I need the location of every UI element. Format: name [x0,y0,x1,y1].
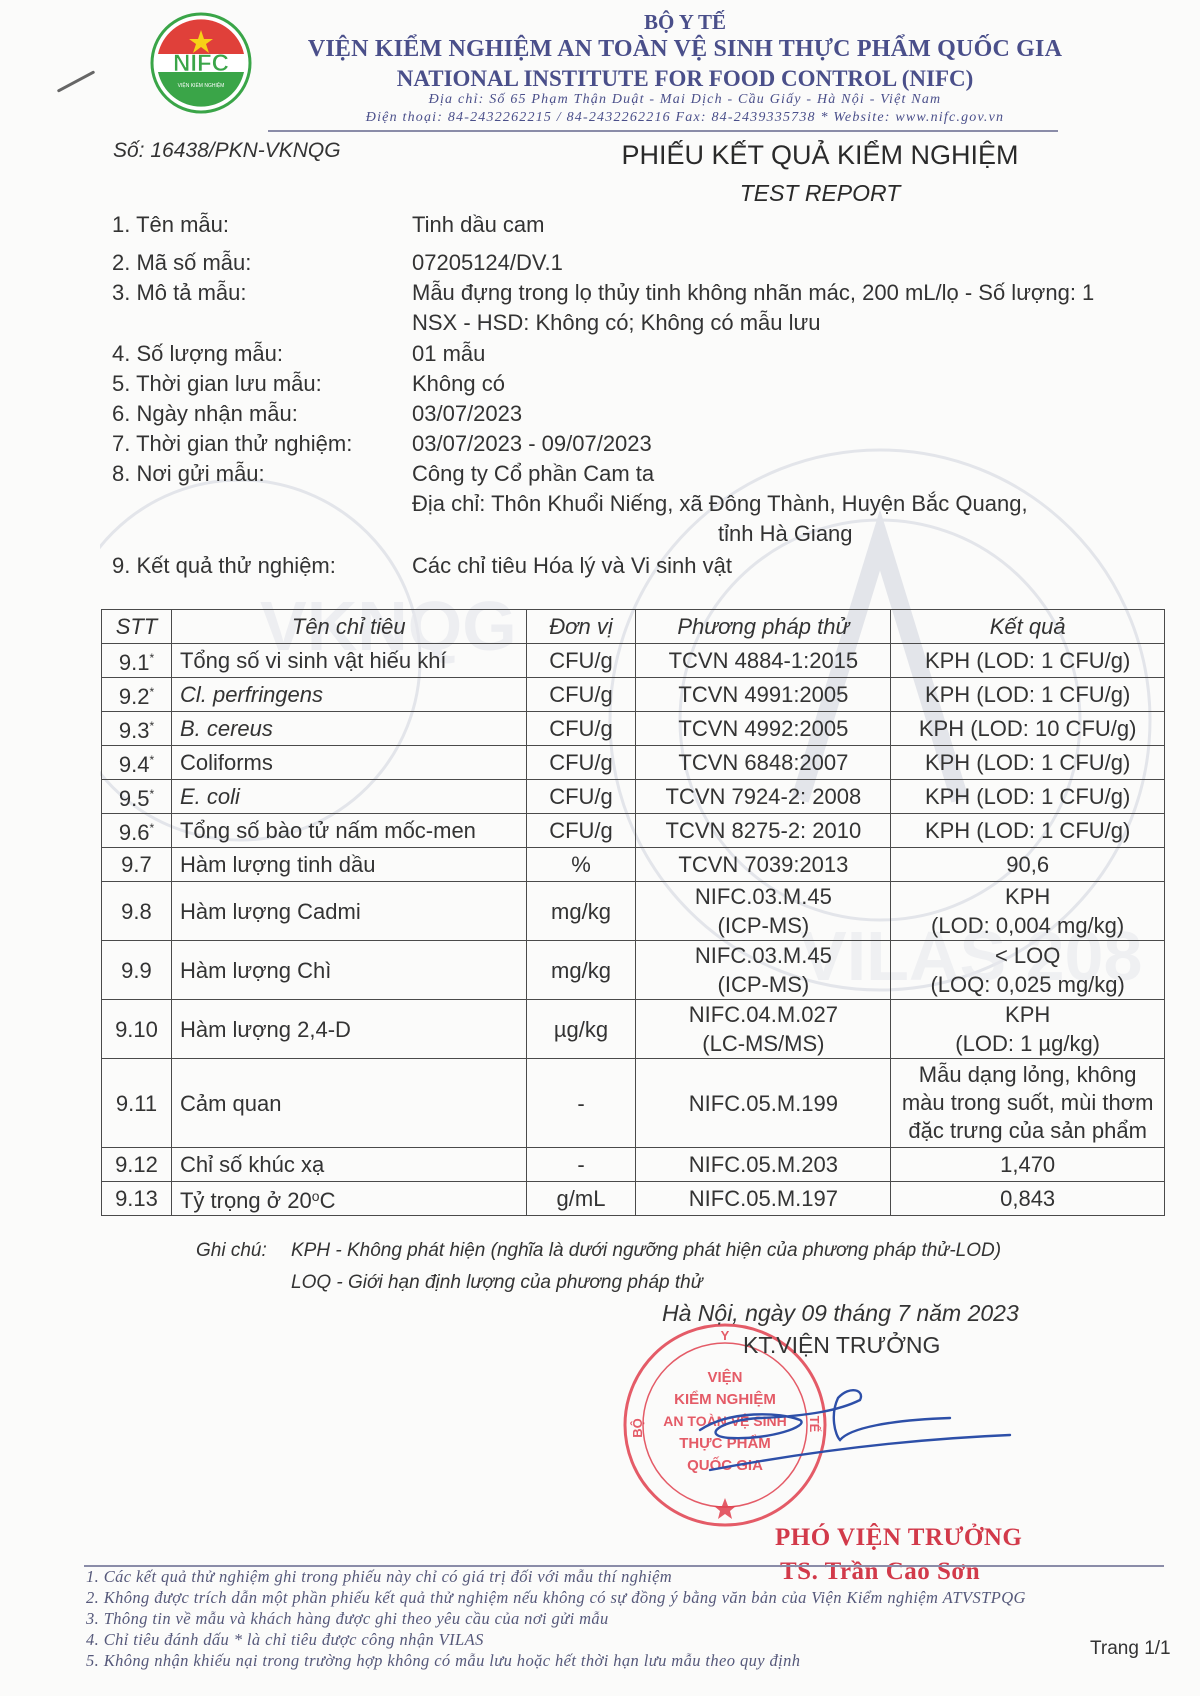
cell-unit: mg/kg [526,882,636,941]
svg-text:VIỆN KIỂM NGHIỆM: VIỆN KIỂM NGHIỆM [178,81,225,89]
parameter-name: E. coli [180,784,240,809]
svg-text:NIFC: NIFC [173,50,229,77]
header-divider [268,130,1058,132]
cell-result: KPH (LOD: 1 CFU/g) [891,746,1165,780]
info-value: Tinh dầu cam [412,212,544,238]
stt-text: 9.6 [119,820,150,845]
parameter-name: Cảm quan [180,1091,282,1116]
cell-unit: CFU/g [526,644,636,678]
method-line: TCVN 4884-1:2015 [640,646,886,675]
result-line: 1,470 [895,1150,1160,1179]
method-line: TCVN 4991:2005 [640,680,886,709]
cell-result: 90,6 [891,848,1165,882]
info-label: 7. Thời gian thử nghiệm: [112,431,352,457]
result-line: KPH (LOD: 10 CFU/g) [895,714,1160,743]
result-line: KPH [895,882,1160,911]
cell-result: KPH (LOD: 1 CFU/g) [891,644,1165,678]
report-title: PHIẾU KẾT QUẢ KIỂM NGHIỆM [560,140,1080,171]
cell-method: NIFC.05.M.199 [636,1059,891,1148]
info-value: Mẫu đựng trong lọ thủy tinh không nhãn m… [412,280,1094,306]
cell-unit: mg/kg [526,941,636,1000]
cell-method: TCVN 8275-2: 2010 [636,814,891,848]
cell-method: TCVN 7039:2013 [636,848,891,882]
stt-text: 9.12 [115,1152,158,1177]
table-row: 9.12Chỉ số khúc xạ-NIFC.05.M.2031,470 [102,1148,1165,1182]
method-line: NIFC.05.M.203 [640,1150,886,1179]
result-line: KPH [895,1000,1160,1029]
results-table: STT Tên chỉ tiêu Đơn vị Phương pháp thử … [101,609,1165,1216]
cell-stt: 9.6* [102,814,172,848]
footnote-2: 2. Không được trích dẫn một phần phiếu k… [86,1588,1026,1608]
col-header-unit: Đơn vị [526,610,636,644]
vilas-mark: * [149,787,154,801]
vilas-mark: * [149,685,154,699]
cell-stt: 9.4* [102,746,172,780]
cell-unit: CFU/g [526,746,636,780]
method-line: NIFC.03.M.45 [640,941,886,970]
cell-result: < LOQ(LOQ: 0,025 mg/kg) [891,941,1165,1000]
page-number: Trang 1/1 [1090,1638,1171,1660]
info-value: 01 mẫu [412,341,485,367]
table-row: 9.2*Cl. perfringensCFU/gTCVN 4991:2005KP… [102,678,1165,712]
cell-stt: 9.1* [102,644,172,678]
result-line: KPH (LOD: 1 CFU/g) [895,782,1160,811]
cell-unit: CFU/g [526,678,636,712]
parameter-name: Coliforms [180,750,273,775]
result-line: Mẫu dạng lỏng, không [895,1061,1160,1089]
svg-text:BỘ: BỘ [630,1418,645,1438]
table-row: 9.7Hàm lượng tinh dầu%TCVN 7039:201390,6 [102,848,1165,882]
method-line: NIFC.05.M.199 [640,1089,886,1118]
stt-text: 9.1 [119,650,150,675]
cell-unit: - [526,1059,636,1148]
institute-contact: Điện thoại: 84-2432262215 / 84-243226221… [250,110,1120,126]
table-row: 9.10Hàm lượng 2,4-Dµg/kgNIFC.04.M.027(LC… [102,1000,1165,1059]
signing-role: KT.VIỆN TRƯỞNG [743,1332,940,1359]
signer-title: PHÓ VIỆN TRƯỞNG [775,1524,1022,1552]
svg-text:Y: Y [721,1328,730,1343]
notes-label: Ghi chú: [196,1240,267,1262]
info-label: 6. Ngày nhận mẫu: [112,401,298,427]
parameter-name: Hàm lượng Cadmi [180,899,361,924]
cell-parameter: Cl. perfringens [171,678,526,712]
method-line: (ICP-MS) [640,970,886,999]
table-row: 9.9Hàm lượng Chìmg/kgNIFC.03.M.45(ICP-MS… [102,941,1165,1000]
parameter-name: Tổng số bào tử nấm mốc-men [180,818,476,843]
cell-result: KPH(LOD: 0,004 mg/kg) [891,882,1165,941]
report-subtitle: TEST REPORT [560,180,1080,207]
info-label: 1. Tên mẫu: [112,212,229,238]
institute-address: Địa chỉ: Số 65 Phạm Thận Duật - Mai Dịch… [250,92,1120,108]
parameter-name: Hàm lượng Chì [180,958,331,983]
info-label: 9. Kết quả thử nghiệm: [112,553,336,579]
cell-parameter: B. cereus [171,712,526,746]
cell-method: NIFC.03.M.45(ICP-MS) [636,882,891,941]
method-line: TCVN 4992:2005 [640,714,886,743]
nifc-logo: NIFC VIỆN KIỂM NGHIỆM [150,12,252,114]
cell-result: KPH (LOD: 1 CFU/g) [891,814,1165,848]
parameter-name: Chỉ số khúc xạ [180,1152,324,1177]
cell-parameter: Tổng số vi sinh vật hiếu khí [171,644,526,678]
table-row: 9.5*E. coliCFU/gTCVN 7924-2: 2008KPH (LO… [102,780,1165,814]
stt-text: 9.4 [119,752,150,777]
cell-method: NIFC.05.M.203 [636,1148,891,1182]
signing-place-date: Hà Nội, ngày 09 tháng 7 năm 2023 [662,1300,1019,1327]
result-line: 0,843 [895,1184,1160,1213]
stt-text: 9.11 [116,1091,157,1116]
parameter-name: B. cereus [180,716,273,741]
table-row: 9.3*B. cereusCFU/gTCVN 4992:2005KPH (LOD… [102,712,1165,746]
info-value: 03/07/2023 [412,401,522,427]
cell-parameter: Chỉ số khúc xạ [171,1148,526,1182]
cell-stt: 9.2* [102,678,172,712]
cell-stt: 9.13 [102,1182,172,1216]
cell-stt: 9.9 [102,941,172,1000]
footnote-4: 4. Chỉ tiêu đánh dấu * là chỉ tiêu được … [86,1630,484,1650]
scan-mark [57,70,95,92]
result-line: KPH (LOD: 1 CFU/g) [895,816,1160,845]
info-label: 5. Thời gian lưu mẫu: [112,371,322,397]
table-row: 9.6*Tổng số bào tử nấm mốc-menCFU/gTCVN … [102,814,1165,848]
result-line: 90,6 [895,850,1160,879]
note-loq: LOQ - Giới hạn định lượng của phương phá… [291,1272,703,1294]
result-line: màu trong suốt, mùi thơm [895,1089,1160,1117]
cell-unit: - [526,1148,636,1182]
table-row: 9.11Cảm quan-NIFC.05.M.199Mẫu dạng lỏng,… [102,1059,1165,1148]
info-value-cont: tỉnh Hà Giang [718,521,853,547]
result-line: (LOD: 1 µg/kg) [895,1029,1160,1058]
ministry-name: BỘ Y TẾ [250,10,1120,35]
degree-mark: o [312,1188,320,1204]
method-line: TCVN 8275-2: 2010 [640,816,886,845]
stt-text: 9.2 [119,684,150,709]
cell-stt: 9.11 [102,1059,172,1148]
table-row: 9.8Hàm lượng Cadmimg/kgNIFC.03.M.45(ICP-… [102,882,1165,941]
method-line: TCVN 7924-2: 2008 [640,782,886,811]
unit-suffix: C [320,1188,336,1213]
info-label: 3. Mô tả mẫu: [112,280,247,306]
info-value: 07205124/DV.1 [412,250,563,276]
cell-method: NIFC.03.M.45(ICP-MS) [636,941,891,1000]
col-header-result: Kết quả [891,610,1165,644]
cell-method: TCVN 4884-1:2015 [636,644,891,678]
table-row: 9.1*Tổng số vi sinh vật hiếu khíCFU/gTCV… [102,644,1165,678]
cell-stt: 9.7 [102,848,172,882]
info-value: 03/07/2023 - 09/07/2023 [412,431,652,457]
method-line: (ICP-MS) [640,911,886,940]
vilas-mark: * [149,651,154,665]
method-line: TCVN 6848:2007 [640,748,886,777]
parameter-name: Cl. perfringens [180,682,323,707]
result-line: KPH (LOD: 1 CFU/g) [895,680,1160,709]
col-header-method: Phương pháp thử [636,610,891,644]
cell-method: TCVN 6848:2007 [636,746,891,780]
footnote-5: 5. Không nhận khiếu nại trong trường hợp… [86,1651,800,1671]
cell-method: TCVN 4992:2005 [636,712,891,746]
result-line: (LOD: 0,004 mg/kg) [895,911,1160,940]
info-value: Công ty Cổ phần Cam ta [412,461,654,487]
cell-result: KPH (LOD: 10 CFU/g) [891,712,1165,746]
vilas-mark: * [149,821,154,835]
institute-name-vi: VIỆN KIỂM NGHIỆM AN TOÀN VỆ SINH THỰC PH… [250,36,1120,63]
cell-stt: 9.3* [102,712,172,746]
info-label: 2. Mã số mẫu: [112,250,251,276]
cell-parameter: Hàm lượng 2,4-D [171,1000,526,1059]
stt-text: 9.10 [115,1017,158,1042]
table-row: 9.4*ColiformsCFU/gTCVN 6848:2007KPH (LOD… [102,746,1165,780]
cell-parameter: Hàm lượng tinh dầu [171,848,526,882]
col-header-name: Tên chỉ tiêu [171,610,526,644]
vilas-mark: * [149,719,154,733]
cell-parameter: Coliforms [171,746,526,780]
vilas-mark: * [149,753,154,767]
cell-unit: % [526,848,636,882]
method-line: NIFC.03.M.45 [640,882,886,911]
stt-text: 9.13 [115,1186,158,1211]
info-value: Các chỉ tiêu Hóa lý và Vi sinh vật [412,553,732,579]
note-kph: KPH - Không phát hiện (nghĩa là dưới ngư… [291,1240,1001,1262]
info-value-cont: Địa chỉ: Thôn Khuổi Niếng, xã Đông Thành… [412,491,1028,517]
parameter-name: Tổng số vi sinh vật hiếu khí [180,648,447,673]
cell-method: NIFC.05.M.197 [636,1182,891,1216]
cell-result: 1,470 [891,1148,1165,1182]
stt-text: 9.9 [121,958,152,983]
parameter-name: Hàm lượng tinh dầu [180,852,375,877]
footnote-3: 3. Thông tin về mẫu và khách hàng được g… [86,1609,609,1629]
cell-method: TCVN 7924-2: 2008 [636,780,891,814]
result-line: (LOQ: 0,025 mg/kg) [895,970,1160,999]
document-number: Số: 16438/PKN-VKNQG [113,139,341,163]
cell-parameter: E. coli [171,780,526,814]
cell-stt: 9.12 [102,1148,172,1182]
method-line: (LC-MS/MS) [640,1029,886,1058]
info-value: Không có [412,371,505,397]
stt-text: 9.8 [121,899,152,924]
cell-parameter: Hàm lượng Chì [171,941,526,1000]
method-line: NIFC.05.M.197 [640,1184,886,1213]
signer-name: TS. Trần Cao Sơn [780,1558,980,1586]
col-header-stt: STT [102,610,172,644]
cell-parameter: Hàm lượng Cadmi [171,882,526,941]
result-line: KPH (LOD: 1 CFU/g) [895,646,1160,675]
stt-text: 9.3 [119,718,150,743]
parameter-name: Tỷ trọng ở 20 [180,1188,312,1213]
cell-stt: 9.8 [102,882,172,941]
cell-parameter: Cảm quan [171,1059,526,1148]
cell-unit: g/mL [526,1182,636,1216]
result-line: < LOQ [895,941,1160,970]
cell-unit: µg/kg [526,1000,636,1059]
result-line: KPH (LOD: 1 CFU/g) [895,748,1160,777]
cell-result: KPH(LOD: 1 µg/kg) [891,1000,1165,1059]
cell-unit: CFU/g [526,780,636,814]
cell-parameter: Tỷ trọng ở 20oC [171,1182,526,1216]
cell-result: Mẫu dạng lỏng, khôngmàu trong suốt, mùi … [891,1059,1165,1148]
info-label: 4. Số lượng mẫu: [112,341,283,367]
stt-text: 9.7 [121,852,152,877]
stt-text: 9.5 [119,786,150,811]
cell-method: TCVN 4991:2005 [636,678,891,712]
table-header-row: STT Tên chỉ tiêu Đơn vị Phương pháp thử … [102,610,1165,644]
handwritten-signature [690,1380,1020,1480]
method-line: TCVN 7039:2013 [640,850,886,879]
cell-unit: CFU/g [526,712,636,746]
parameter-name: Hàm lượng 2,4-D [180,1017,351,1042]
cell-result: KPH (LOD: 1 CFU/g) [891,780,1165,814]
result-line: đặc trưng của sản phẩm [895,1117,1160,1145]
info-value-cont: NSX - HSD: Không có; Không có mẫu lưu [412,310,820,336]
method-line: NIFC.04.M.027 [640,1000,886,1029]
info-label: 8. Nơi gửi mẫu: [112,461,265,487]
table-row: 9.13Tỷ trọng ở 20oCg/mLNIFC.05.M.1970,84… [102,1182,1165,1216]
cell-result: KPH (LOD: 1 CFU/g) [891,678,1165,712]
cell-method: NIFC.04.M.027(LC-MS/MS) [636,1000,891,1059]
cell-parameter: Tổng số bào tử nấm mốc-men [171,814,526,848]
footnote-1: 1. Các kết quả thử nghiệm ghi trong phiế… [86,1567,672,1587]
cell-unit: CFU/g [526,814,636,848]
institute-name-en: NATIONAL INSTITUTE FOR FOOD CONTROL (NIF… [250,66,1120,92]
cell-stt: 9.10 [102,1000,172,1059]
cell-result: 0,843 [891,1182,1165,1216]
cell-stt: 9.5* [102,780,172,814]
